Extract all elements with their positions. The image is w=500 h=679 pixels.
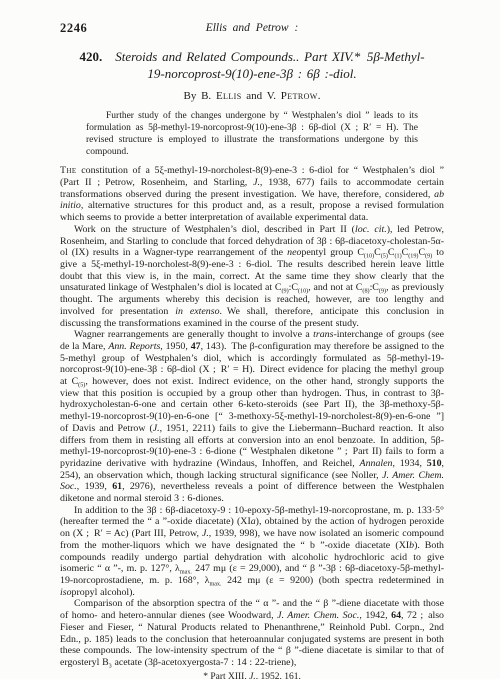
byline: By B. Ellis and V. Petrow. bbox=[60, 90, 444, 102]
running-header: 2246 Ellis and Petrow : bbox=[60, 21, 444, 36]
paragraph-absorption-spectra: Comparison of the absorption spectra of … bbox=[60, 598, 444, 668]
paragraph-wagner-rearrangements: Wagner rearrangements are generally thou… bbox=[60, 329, 444, 505]
footnote: * Part XIII, J., 1952, 161. bbox=[60, 672, 444, 679]
paragraph-work-on-structure: Work on the structure of Westphalen’s di… bbox=[60, 224, 444, 329]
paragraph-constitution: The constitution of a 5ξ-methyl-19-norch… bbox=[60, 165, 444, 224]
abstract: Further study of the changes undergone b… bbox=[86, 110, 418, 158]
article-title: 420. Steroids and Related Compounds.. Pa… bbox=[60, 49, 444, 82]
running-head-authors: Ellis and Petrow : bbox=[60, 22, 444, 34]
paragraph-oxide-diacetates: In addition to the 3β : 6β-diacetoxy-9 :… bbox=[60, 505, 444, 599]
journal-page: 2246 Ellis and Petrow : 420. Steroids an… bbox=[0, 0, 500, 679]
